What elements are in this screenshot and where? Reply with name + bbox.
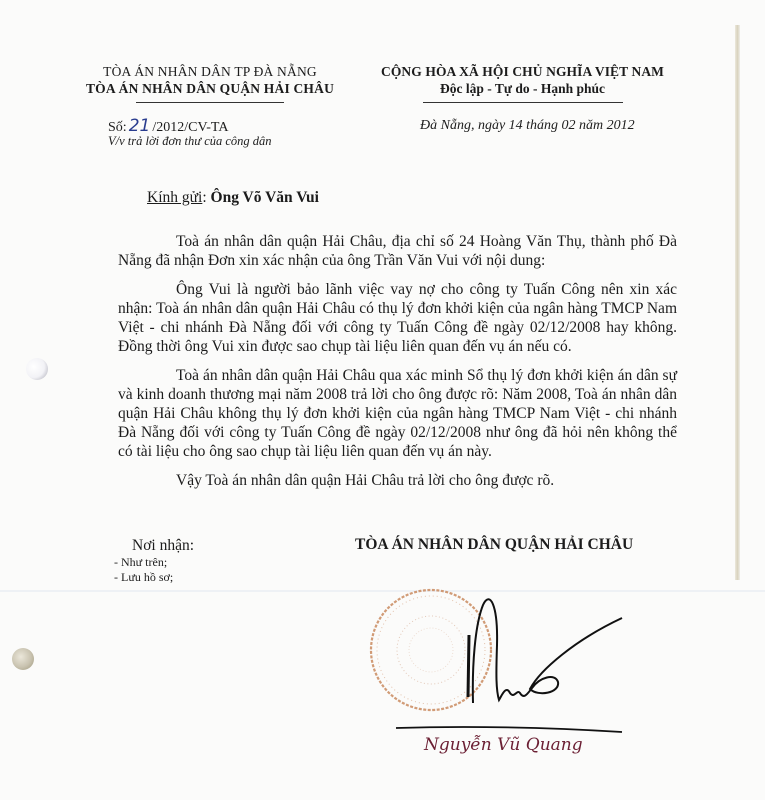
national-motto-header: CỘNG HÒA XÃ HỘI CHỦ NGHĨA VIỆT NAM Độc l… bbox=[350, 64, 695, 103]
document-date: Đà Nẵng, ngày 14 tháng 02 năm 2012 bbox=[420, 118, 635, 134]
signing-organization: TÒA ÁN NHÂN DÂN QUẬN HẢI CHÂU bbox=[355, 536, 633, 554]
salutation-separator: : bbox=[202, 189, 210, 206]
document-number: Số:21/2012/CV-TA bbox=[108, 116, 228, 136]
header-divider bbox=[136, 102, 284, 103]
scanned-document-page: TÒA ÁN NHÂN DÂN TP ĐÀ NẴNG TÒA ÁN NHÂN D… bbox=[0, 0, 765, 800]
addressee-name: Ông Võ Văn Vui bbox=[211, 189, 319, 206]
document-number-suffix: /2012/CV-TA bbox=[152, 120, 228, 135]
recipient-item: - Lưu hồ sơ; bbox=[114, 570, 194, 585]
body-paragraph: Vậy Toà án nhân dân quận Hải Châu trả lờ… bbox=[118, 471, 677, 490]
issuing-authority-header: TÒA ÁN NHÂN DÂN TP ĐÀ NẴNG TÒA ÁN NHÂN D… bbox=[60, 64, 360, 103]
handwritten-signature-icon bbox=[360, 585, 625, 755]
recipients-title: Nơi nhận: bbox=[132, 537, 194, 555]
document-number-prefix: Số: bbox=[108, 120, 127, 135]
page-edge-shadow bbox=[735, 25, 740, 580]
handwritten-number: 21 bbox=[129, 116, 151, 136]
body-paragraph: Ông Vui là người bảo lãnh việc vay nợ ch… bbox=[118, 280, 677, 356]
motto-divider bbox=[423, 102, 623, 103]
salutation-label: Kính gửi bbox=[147, 189, 202, 206]
country-name: CỘNG HÒA XÃ HỘI CHỦ NGHĨA VIỆT NAM bbox=[350, 64, 695, 80]
punch-hole-icon bbox=[12, 648, 34, 670]
body-paragraph: Toà án nhân dân quận Hải Châu qua xác mi… bbox=[118, 366, 677, 461]
issuing-court-name: TÒA ÁN NHÂN DÂN QUẬN HẢI CHÂU bbox=[60, 81, 360, 97]
national-motto: Độc lập - Tự do - Hạnh phúc bbox=[350, 81, 695, 97]
salutation: Kính gửi: Ông Võ Văn Vui bbox=[147, 189, 319, 207]
punch-hole-icon bbox=[26, 358, 48, 380]
document-subject: V/v trả lời đơn thư của công dân bbox=[108, 134, 272, 149]
parent-court-name: TÒA ÁN NHÂN DÂN TP ĐÀ NẴNG bbox=[60, 64, 360, 80]
signer-name: Nguyễn Vũ Quang bbox=[424, 735, 583, 755]
body-paragraph: Toà án nhân dân quận Hải Châu, địa chỉ s… bbox=[118, 232, 677, 270]
recipient-item: - Như trên; bbox=[114, 555, 194, 570]
letter-body: Toà án nhân dân quận Hải Châu, địa chỉ s… bbox=[118, 232, 677, 500]
recipients-list: Nơi nhận: - Như trên; - Lưu hồ sơ; bbox=[114, 537, 194, 585]
